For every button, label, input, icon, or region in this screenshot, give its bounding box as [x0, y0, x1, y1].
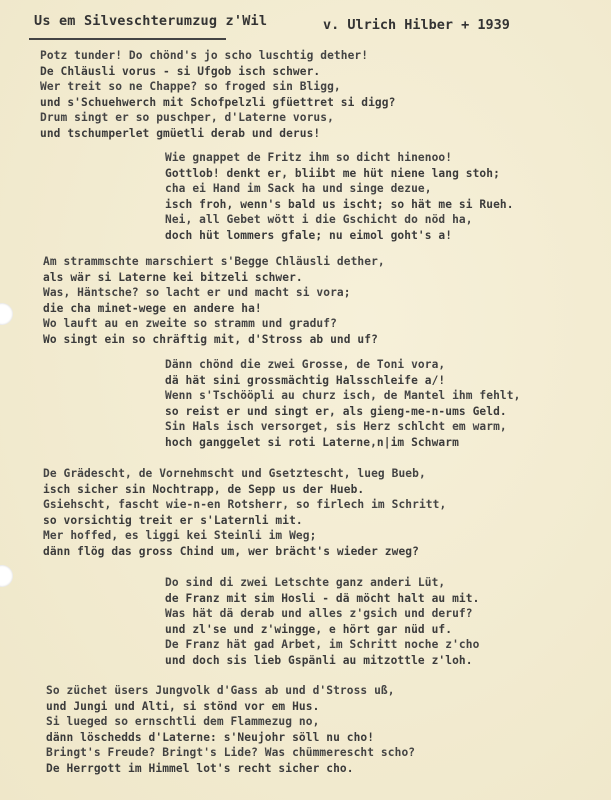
punch-hole — [0, 565, 13, 587]
verse-line: Dänn chönd die zwei Grosse, de Toni vora… — [165, 357, 520, 373]
verse-line: Si lueged so ernschtli dem Flammezug no, — [46, 714, 415, 730]
verse-line: cha ei Hand im Sack ha und singe dezue, — [165, 181, 514, 197]
punch-hole — [0, 303, 13, 325]
verse-line: Bringt's Freude? Bringt's Lide? Was chüm… — [46, 745, 415, 761]
verse-line: Drum singt er so puschper, d'Laterne vor… — [40, 110, 395, 126]
verse-line: so reist er und singt er, als gieng-me-n… — [165, 404, 520, 420]
stanza-7: So züchet üsers Jungvolk d'Gass ab und d… — [46, 683, 415, 777]
stanza-6: Do sind di zwei Letschte ganz anderi Lüt… — [165, 575, 479, 669]
verse-line: Nei, all Gebet wött i die Gschicht do nö… — [165, 212, 514, 228]
verse-line: Wer treit so ne Chappe? so froged sin Bl… — [40, 79, 395, 95]
stanza-1: Potz tunder! Do chönd's jo scho luschtig… — [40, 48, 395, 142]
verse-line: Wo singt ein so chräftig mit, d'Stross a… — [43, 332, 385, 348]
verse-line: Wenn s'Tschööpli au churz isch, de Mante… — [165, 388, 520, 404]
verse-line: Potz tunder! Do chönd's jo scho luschtig… — [40, 48, 395, 64]
verse-line: doch hüt lommers gfale; nu eimol goht's … — [165, 228, 514, 244]
verse-line: So züchet üsers Jungvolk d'Gass ab und d… — [46, 683, 415, 699]
poem-author: v. Ulrich Hilber + 1939 — [323, 17, 510, 33]
verse-line: Wo lauft au en zweite so stramm und grad… — [43, 316, 385, 332]
verse-line: Do sind di zwei Letschte ganz anderi Lüt… — [165, 575, 479, 591]
verse-line: Sin Hals isch versorget, sis Herz schlch… — [165, 419, 520, 435]
typewritten-page: Us em Silveschterumzug z'Wil v. Ulrich H… — [0, 0, 611, 800]
stanza-5: De Grädescht, de Vornehmscht und Gsetzte… — [43, 466, 446, 560]
verse-line: und s'Schuehwerch mit Schofpelzli gfüett… — [40, 95, 395, 111]
verse-line: hoch ganggelet si roti Laterne,n|im Schw… — [165, 435, 520, 451]
verse-line: Was, Häntsche? so lacht er und macht si … — [43, 285, 385, 301]
verse-line: Am strammschte marschiert s'Begge Chläus… — [43, 254, 385, 270]
verse-line: De Franz hät gad Arbet, im Schritt noche… — [165, 637, 479, 653]
verse-line: dänn löschedds d'Laterne: s'Neujohr söll… — [46, 730, 415, 746]
verse-line: De Chläusli vorus - si Ufgob isch schwer… — [40, 64, 395, 80]
verse-line: Was hät dä derab und alles z'gsich und d… — [165, 606, 479, 622]
verse-line: De Herrgott im Himmel lot's recht sicher… — [46, 761, 415, 777]
verse-line: dänn flög das gross Chind um, wer brächt… — [43, 544, 446, 560]
verse-line: und doch sis lieb Gspänli au mitzottle z… — [165, 653, 479, 669]
verse-line: de Franz mit sim Hosli - dä möcht halt a… — [165, 591, 479, 607]
verse-line: und Jungi und Alti, si stönd vor em Hus. — [46, 699, 415, 715]
verse-line: Wie gnappet de Fritz ihm so dicht hineno… — [165, 150, 514, 166]
verse-line: Mer hoffed, es liggi kei Steinli im Weg; — [43, 528, 446, 544]
verse-line: dä hät sini grossmächtig Halsschleife a/… — [165, 373, 520, 389]
verse-line: isch sicher sin Nochtrapp, de Sepp us de… — [43, 482, 446, 498]
stanza-3: Am strammschte marschiert s'Begge Chläus… — [43, 254, 385, 348]
verse-line: Gottlob! denkt er, bliibt me hüt niene l… — [165, 166, 514, 182]
verse-line: so vorsichtig treit er s'Laternli mit. — [43, 513, 446, 529]
verse-line: isch froh, wenn's bald us ischt; so hät … — [165, 197, 514, 213]
verse-line: als wär si Laterne kei bitzeli schwer. — [43, 270, 385, 286]
verse-line: die cha minet-wege en andere ha! — [43, 301, 385, 317]
stanza-2: Wie gnappet de Fritz ihm so dicht hineno… — [165, 150, 514, 244]
title-underline — [29, 38, 226, 40]
verse-line: Gsiehscht, fascht wie-n-en Rotsherr, so … — [43, 497, 446, 513]
verse-line: De Grädescht, de Vornehmscht und Gsetzte… — [43, 466, 446, 482]
stanza-4: Dänn chönd die zwei Grosse, de Toni vora… — [165, 357, 520, 451]
verse-line: und zl'se und z'wingge, e hört gar nüd u… — [165, 622, 479, 638]
poem-title: Us em Silveschterumzug z'Wil — [34, 13, 267, 29]
verse-line: und tschumperlet gmüetli derab und derus… — [40, 126, 395, 142]
